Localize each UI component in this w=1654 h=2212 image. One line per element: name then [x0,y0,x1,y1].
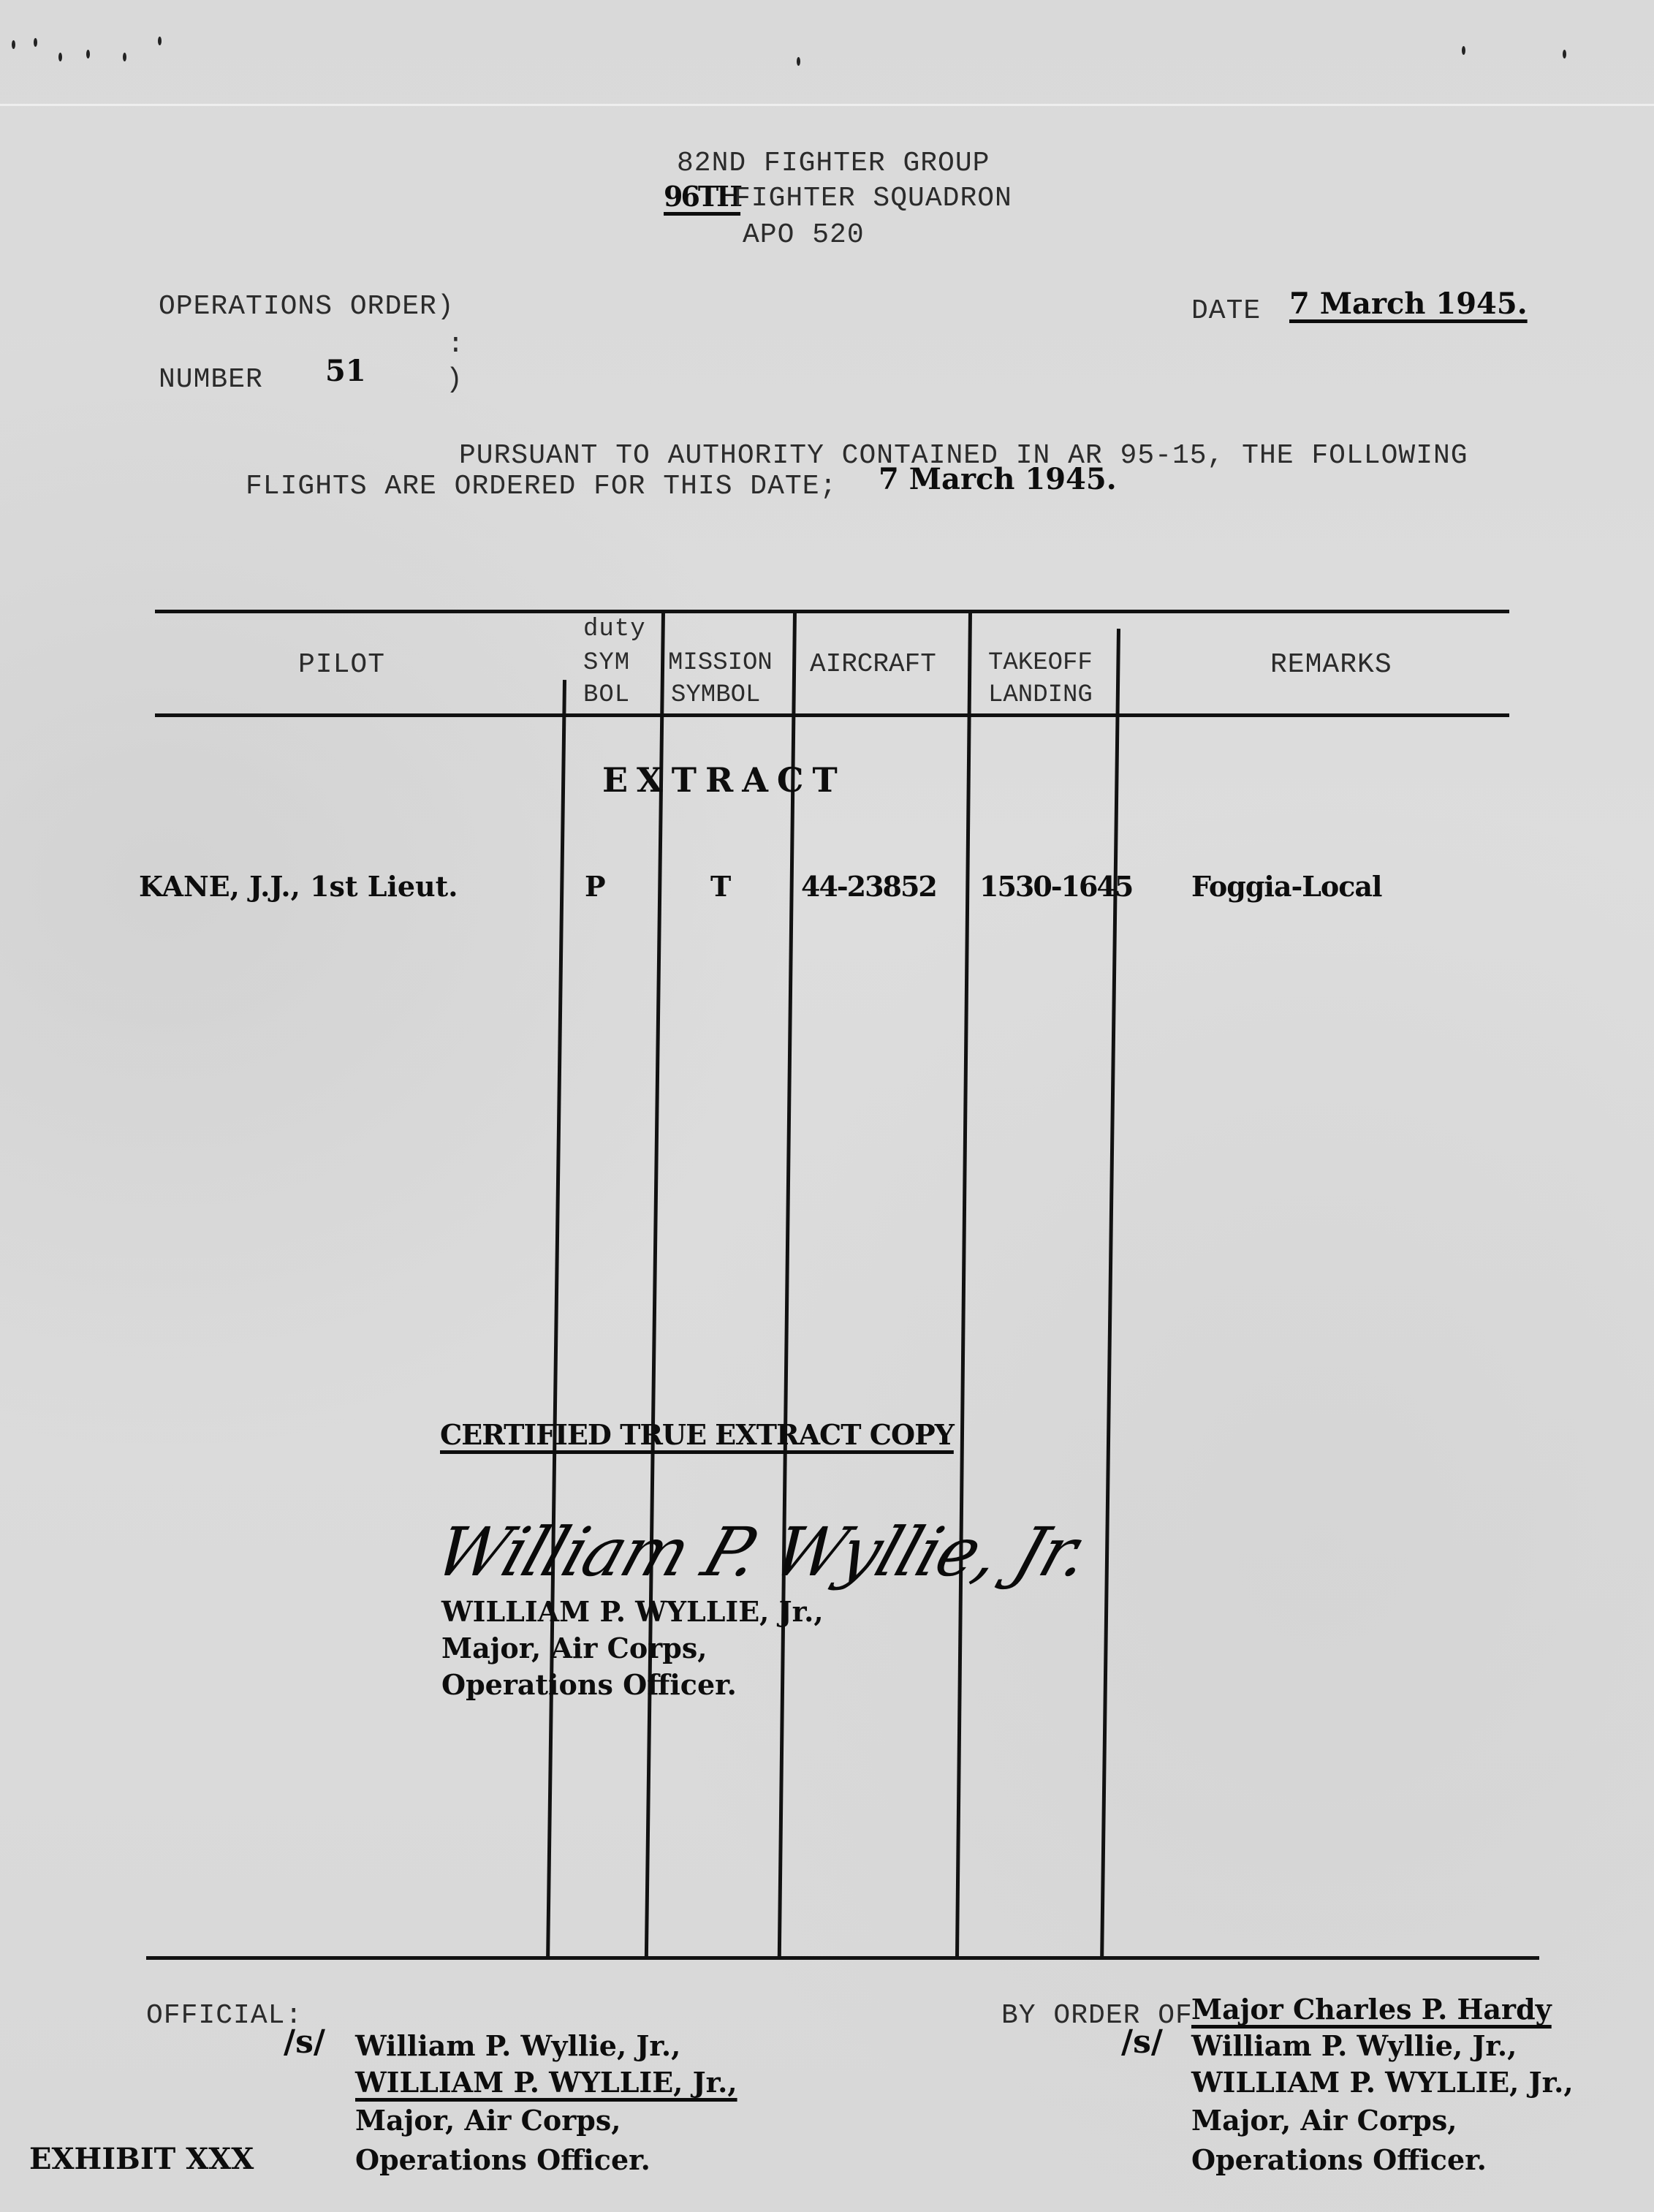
column-header-mission-top: MISSION [668,649,773,677]
certifier-rank: Major, Air Corps, [441,1632,707,1664]
squadron-number: 96TH [664,180,740,213]
cell-aircraft: 44-23852 [801,870,936,903]
cell-pilot: KANE, J.J., 1st Lieut. [139,870,458,903]
column-header-landing: LANDING [988,681,1093,709]
table-header-rule [155,713,1509,717]
group-name: 82ND FIGHTER GROUP [677,148,990,179]
official-signed-name: William P. Wyllie, Jr., [355,2029,680,2062]
scan-speck [1462,46,1465,55]
column-header-aircraft: AIRCRAFT [810,649,936,679]
certifier-name: WILLIAM P. WYLLIE, Jr., [441,1595,824,1628]
cell-mission-symbol: T [710,870,731,903]
commanding-officer: Major Charles P. Hardy [1191,1993,1552,2026]
scan-speck [797,57,800,66]
official-typed-name: WILLIAM P. WYLLIE, Jr., [355,2066,737,2099]
column-divider [546,680,566,1959]
table-bottom-rule [146,1956,1539,1960]
column-divider [645,611,665,1959]
scan-speck [58,53,62,61]
column-header-duty-mid: SYM [583,649,630,677]
scan-speck [123,53,126,61]
number-label: NUMBER [159,364,263,395]
scan-speck [12,40,15,49]
column-divider [778,611,797,1959]
certifier-role: Operations Officer. [441,1668,737,1701]
operations-order-label: OPERATIONS ORDER) [159,291,455,322]
column-header-duty-top: duty [583,616,646,643]
column-header-duty-bot: BOL [583,681,630,709]
squadron-name: FIGHTER SQUADRON [734,183,1012,214]
extract-label: EXTRACT [602,760,846,800]
column-header-takeoff: TAKEOFF [988,649,1093,677]
table-top-rule [155,610,1509,613]
cell-duty-symbol: P [585,870,606,903]
date-value: 7 March 1945. [1266,287,1538,321]
column-divider [1100,629,1120,1959]
column-header-mission-bot: SYMBOL [671,681,760,709]
order-colon: : [447,329,465,360]
preamble-date: 7 March 1945. [879,462,1117,496]
by-order-signed-prefix: /s/ [1121,2023,1163,2061]
scan-fold-line [0,104,1654,106]
scan-speck [34,38,37,47]
exhibit-label: EXHIBIT XXX [29,2142,254,2176]
column-divider [955,611,972,1959]
cell-takeoff-landing: 1530-1645 [979,870,1132,903]
scan-speck [158,37,162,45]
official-label: OFFICIAL: [146,2000,303,2031]
preamble-line-2: FLIGHTS ARE ORDERED FOR THIS DATE; [246,471,837,502]
number-paren: ) [446,364,463,395]
scan-speck [1563,50,1566,58]
handwritten-signature: William P. Wyllie, Jr. [426,1513,1099,1591]
column-header-pilot: PILOT [298,649,385,681]
official-rank: Major, Air Corps, [355,2104,621,2137]
official-role: Operations Officer. [355,2143,650,2176]
column-header-remarks: REMARKS [1270,649,1392,681]
by-order-label: BY ORDER OF [1001,2000,1193,2031]
by-order-typed-name: WILLIAM P. WYLLIE, Jr., [1191,2066,1574,2099]
cell-remarks: Foggia-Local [1191,870,1381,903]
certified-copy-title: CERTIFIED TRUE EXTRACT COPY [440,1418,954,1451]
by-order-signed-name: William P. Wyllie, Jr., [1191,2029,1517,2062]
by-order-rank: Major, Air Corps, [1191,2104,1457,2137]
order-number: 51 [325,354,366,388]
by-order-role: Operations Officer. [1191,2143,1487,2176]
apo-number: APO 520 [743,219,865,251]
official-signed-prefix: /s/ [284,2023,325,2061]
scan-speck [86,50,90,58]
date-label: DATE [1191,295,1261,327]
